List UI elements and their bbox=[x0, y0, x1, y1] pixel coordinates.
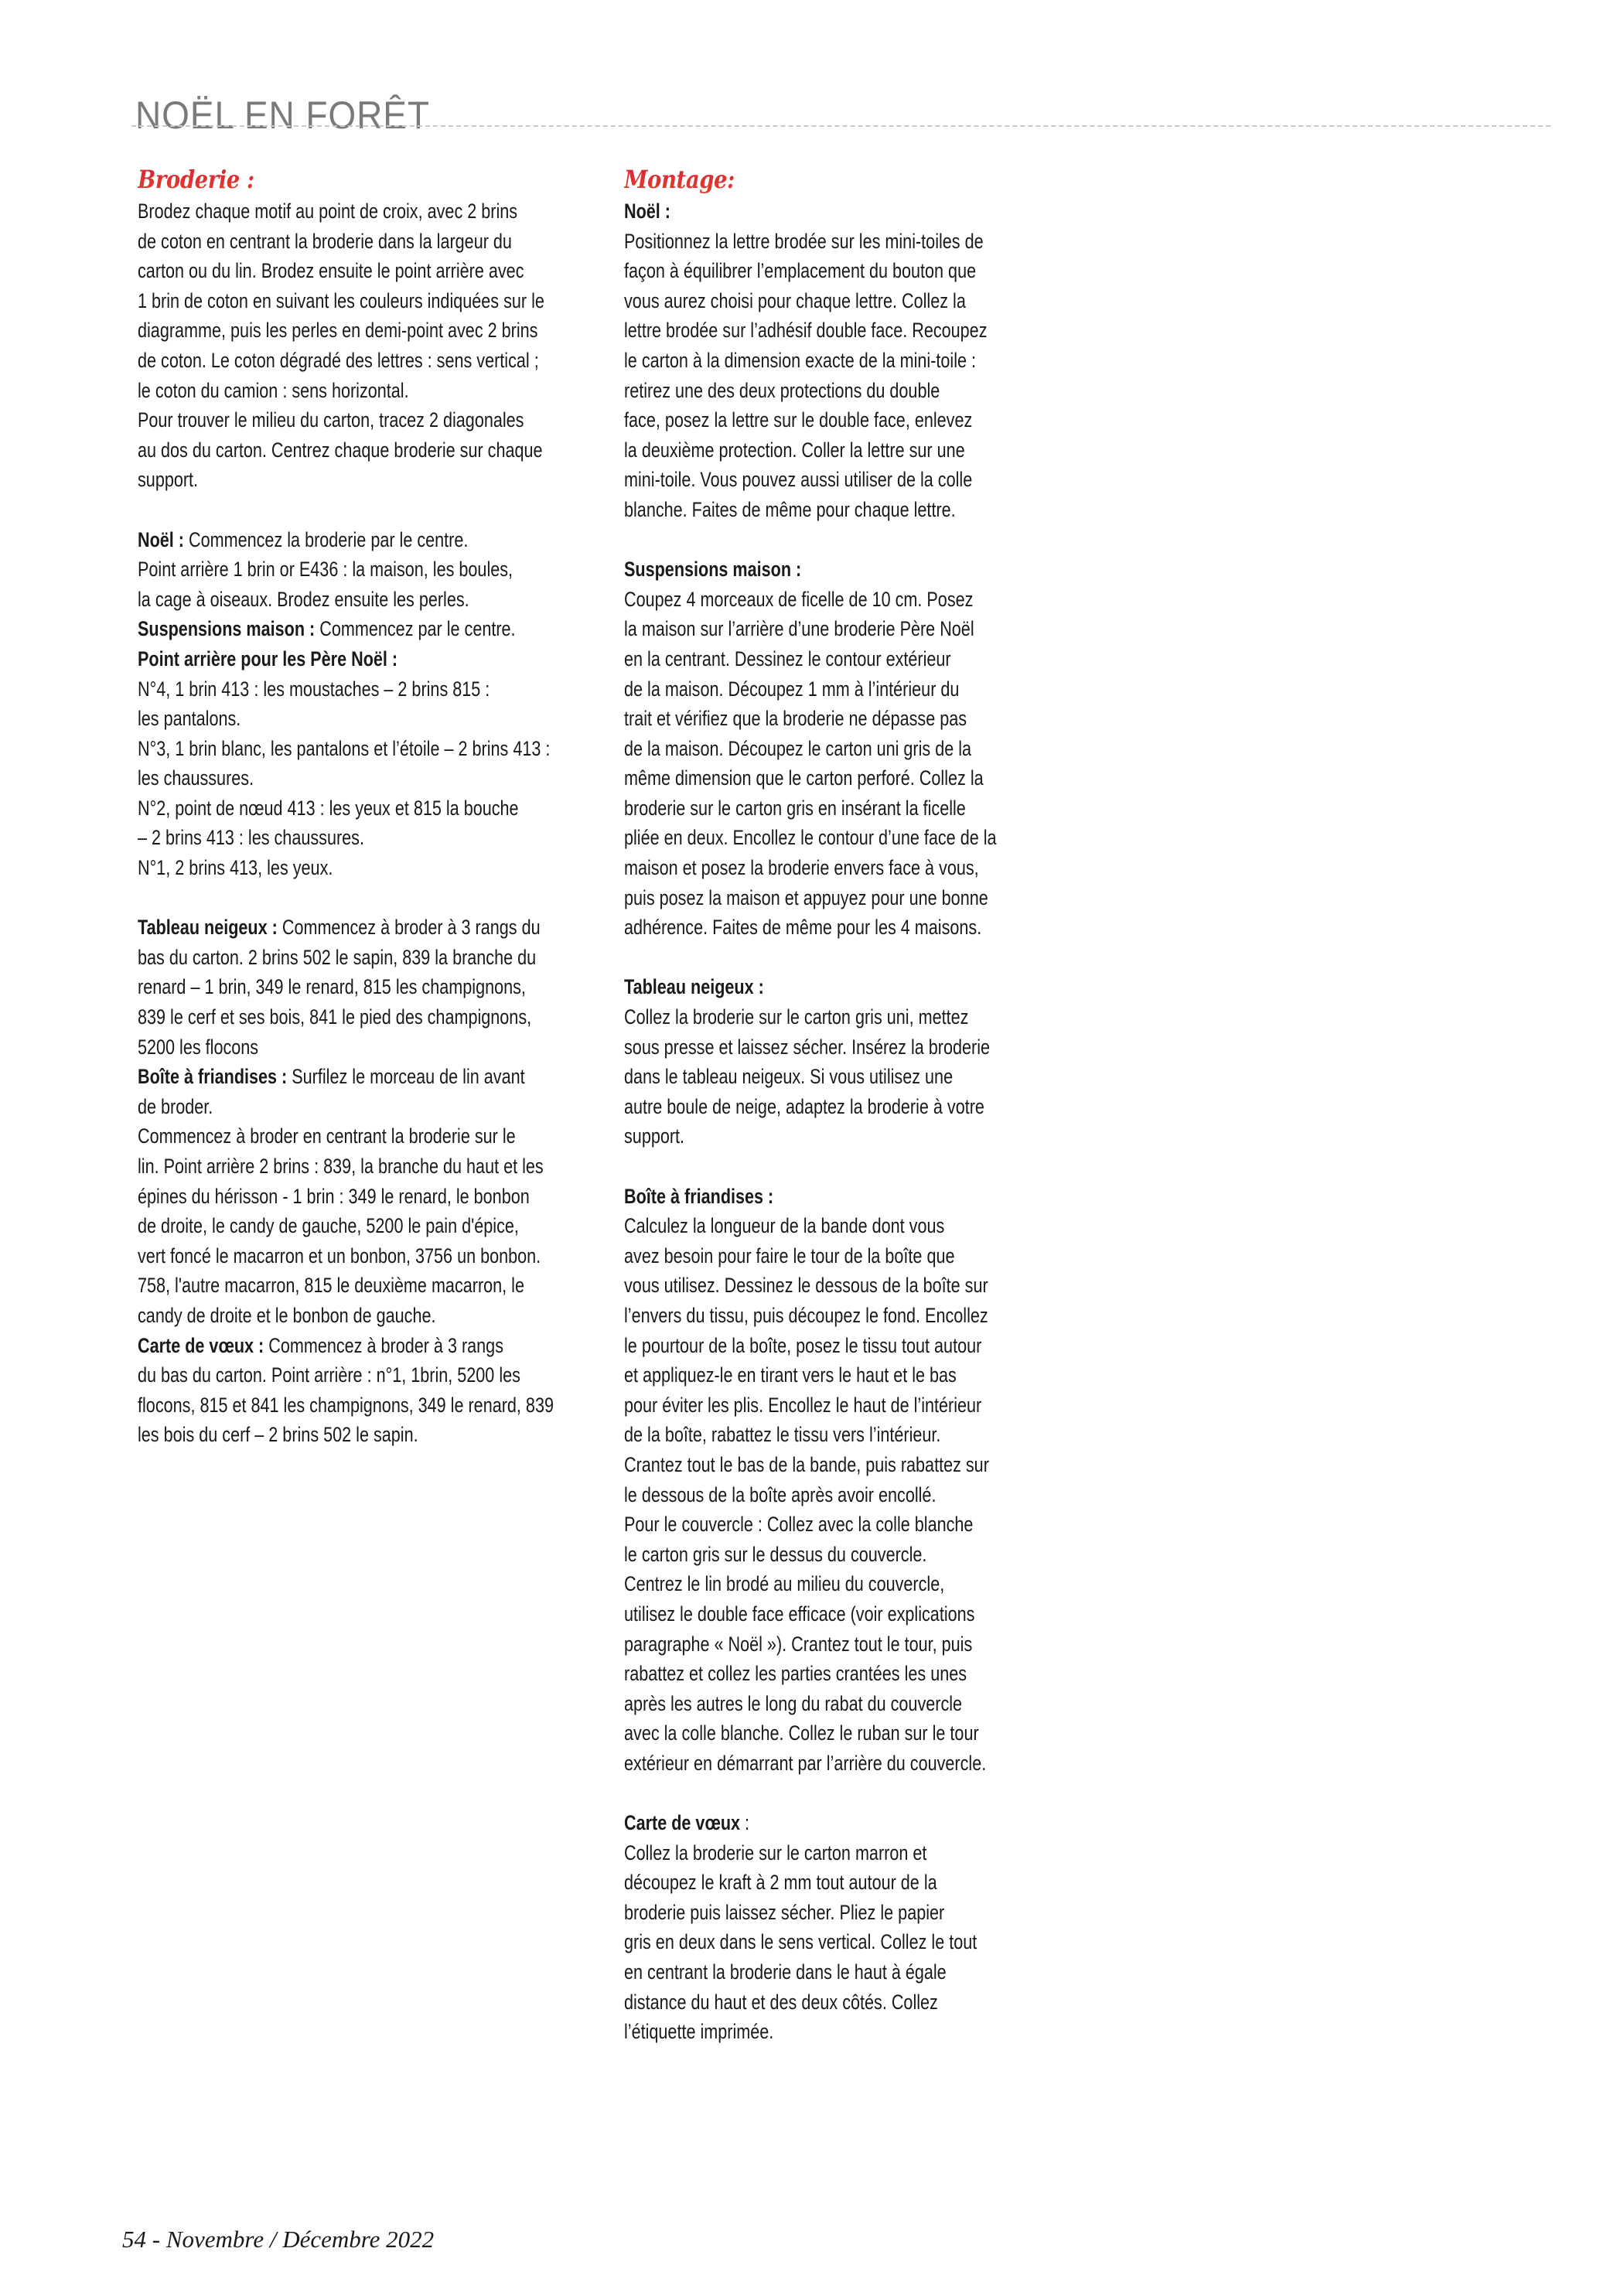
broderie-boite: Boîte à friandises : Surfilez le morceau… bbox=[138, 1062, 595, 1330]
spacer bbox=[624, 943, 1082, 973]
montage-tableau-text: Collez la broderie sur le carton gris un… bbox=[624, 1002, 1082, 1151]
montage-carte-label-suffix: : bbox=[740, 1811, 749, 1834]
broderie-text: Brodez chaque motif au point de croix, a… bbox=[138, 196, 595, 1450]
broderie-carte-label: Carte de vœux : bbox=[138, 1334, 264, 1357]
broderie-carte: Carte de vœux : Commencez à broder à 3 r… bbox=[138, 1331, 595, 1450]
montage-suspensions-text: Coupez 4 morceaux de ficelle de 10 cm. P… bbox=[624, 585, 1082, 943]
spacer bbox=[624, 1151, 1082, 1182]
broderie-section: Broderie : Brodez chaque motif au point … bbox=[138, 164, 594, 1450]
spacer bbox=[624, 1778, 1082, 1808]
montage-heading: Montage: bbox=[624, 164, 1023, 195]
broderie-tableau-label: Tableau neigeux : bbox=[138, 916, 278, 939]
montage-carte-heading: Carte de vœux : bbox=[624, 1808, 1082, 1838]
broderie-tableau: Tableau neigeux : Commencez à broder à 3… bbox=[138, 913, 595, 1062]
broderie-suspensions: Suspensions maison : Commencez par le ce… bbox=[138, 614, 595, 644]
broderie-pere-noel-label: Point arrière pour les Père Noël : bbox=[138, 644, 595, 674]
broderie-heading: Broderie : bbox=[138, 164, 530, 195]
broderie-noel-label: Noël : bbox=[138, 528, 184, 551]
page-title: NOËL EN FORÊT bbox=[135, 93, 430, 138]
montage-noel-label: Noël : bbox=[624, 196, 1082, 227]
montage-carte-text: Collez la broderie sur le carton marron … bbox=[624, 1838, 1082, 2047]
broderie-boite-label: Boîte à friandises : bbox=[138, 1065, 287, 1088]
broderie-intro: Brodez chaque motif au point de croix, a… bbox=[138, 196, 595, 495]
title-dashed-divider bbox=[131, 125, 1551, 127]
spacer bbox=[138, 495, 595, 525]
montage-carte-label: Carte de vœux bbox=[624, 1811, 740, 1834]
broderie-suspensions-label: Suspensions maison : bbox=[138, 617, 315, 640]
spacer bbox=[624, 525, 1082, 555]
broderie-suspensions-text: Commencez par le centre. bbox=[315, 617, 515, 640]
montage-section: Montage: Noël : Positionnez la lettre br… bbox=[624, 164, 1088, 2047]
broderie-boite-text: Surfilez le morceau de lin avant de brod… bbox=[138, 1065, 544, 1327]
montage-tableau-label: Tableau neigeux : bbox=[624, 972, 1082, 1002]
montage-text: Noël : Positionnez la lettre brodée sur … bbox=[624, 196, 1082, 2047]
broderie-noel: Noël : Commencez la broderie par le cent… bbox=[138, 525, 595, 615]
montage-suspensions-label: Suspensions maison : bbox=[624, 554, 1082, 585]
broderie-noel-text: Commencez la broderie par le centre. Poi… bbox=[138, 528, 513, 611]
broderie-pere-noel-text: N°4, 1 brin 413 : les moustaches – 2 bri… bbox=[138, 674, 595, 883]
montage-boite-text: Calculez la longueur de la bande dont vo… bbox=[624, 1211, 1082, 1778]
page-footer: 54 - Novembre / Décembre 2022 bbox=[122, 2226, 434, 2253]
montage-noel-text: Positionnez la lettre brodée sur les min… bbox=[624, 227, 1082, 525]
spacer bbox=[138, 883, 595, 913]
montage-boite-label: Boîte à friandises : bbox=[624, 1182, 1082, 1212]
